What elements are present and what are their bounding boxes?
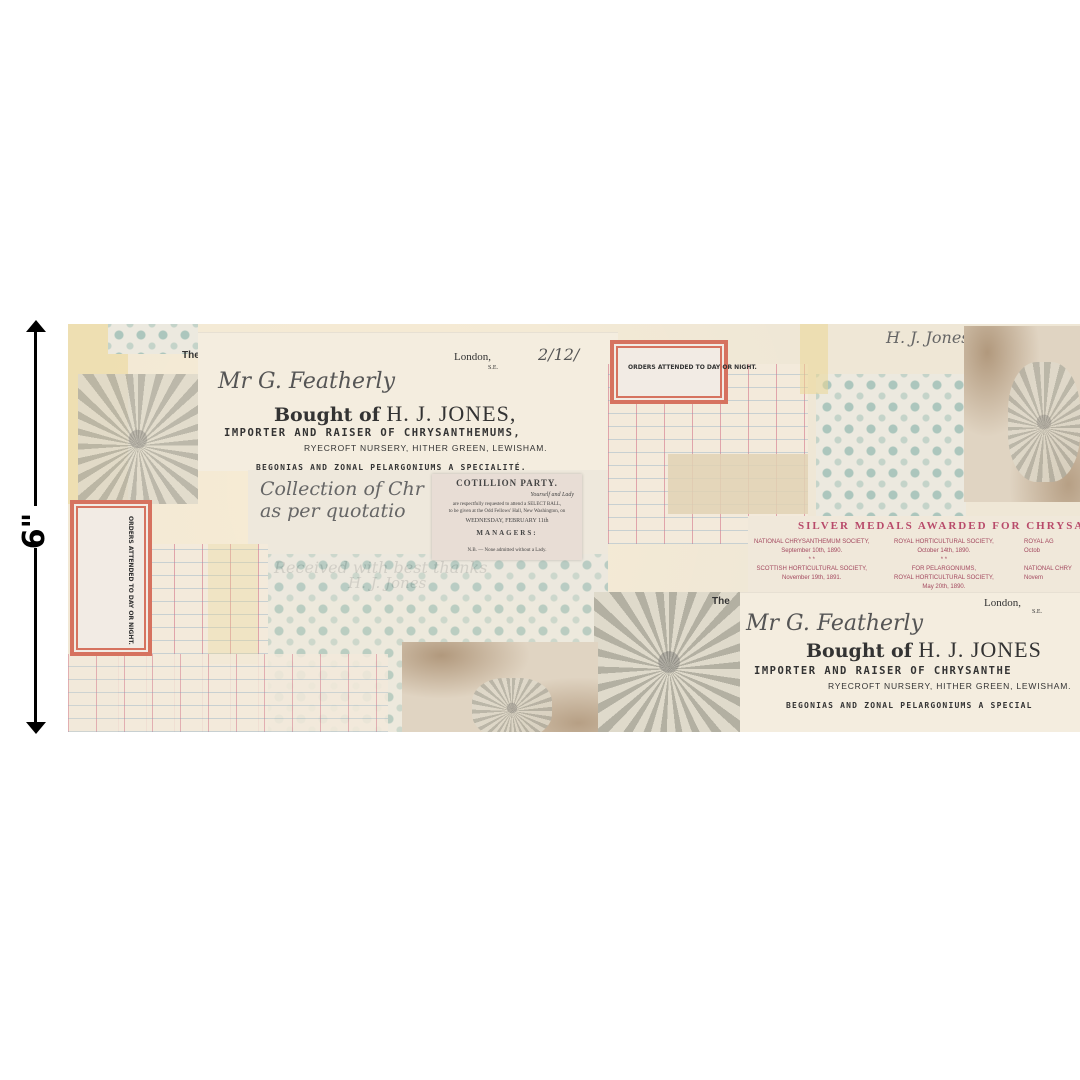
the-label: The	[712, 596, 730, 607]
tile-pattern	[816, 374, 966, 524]
bought-of-text: Bought of	[274, 404, 380, 426]
invoice-top: London, S.E. 2/12/ Mr G. Featherly Bough…	[198, 332, 618, 471]
invoice-customer: Mr G. Featherly	[746, 611, 923, 636]
tape-strip	[800, 324, 828, 394]
rose-engraving	[964, 326, 1080, 502]
cotillion-line: are respectfully requested to attend a S…	[432, 502, 582, 507]
cotillion-title: COTILLION PARTY.	[432, 478, 582, 488]
cotillion-note: N.B. — None admitted without a Lady.	[432, 548, 582, 553]
label-text: ORDERS ATTENDED TO DAY OR NIGHT.	[628, 364, 757, 371]
invoice-bottom: London, S.E. Mr G. Featherly Bought of H…	[740, 592, 1080, 732]
invoice-address: RYECROFT NURSERY, HITHER GREEN, LEWISHAM…	[304, 443, 547, 453]
medals-title: SILVER MEDALS AWARDED FOR CHRYSANTHEMU	[798, 520, 1080, 532]
medals-column-2: ROYAL HORTICULTURAL SOCIETY,October 14th…	[894, 538, 994, 592]
invoice-specialty: BEGONIAS AND ZONAL PELARGONIUMS A SPECIA…	[786, 701, 1033, 710]
cotillion-card: COTILLION PARTY. Yourself and Lady are r…	[432, 474, 582, 560]
handwritten-note: as per quotatio	[260, 500, 406, 522]
handwritten-note: Collection of Chr	[260, 478, 424, 500]
invoice-postal: S.E.	[488, 365, 498, 371]
cotillion-date: WEDNESDAY, FEBRUARY 11th	[432, 518, 582, 524]
signature: H. J. Jones	[886, 328, 970, 347]
invoice-city: London,	[984, 597, 1021, 609]
invoice-date: 2/12/	[538, 345, 579, 364]
silver-medals-banner: SILVER MEDALS AWARDED FOR CHRYSANTHEMU N…	[748, 516, 1080, 594]
daisy-illustration	[78, 374, 198, 504]
cotillion-line: to be given at the Odd Fellows' Hall, Ne…	[432, 509, 582, 514]
orders-label-left: ORDERS ATTENDED TO DAY OR NIGHT.	[70, 500, 152, 656]
rose-illustration	[1008, 362, 1080, 482]
bought-of-text: Bought of	[806, 640, 912, 662]
medals-column-1: NATIONAL CHRYSANTHEMUM SOCIETY,September…	[754, 538, 869, 583]
merchant-name: H. J. JONES	[918, 637, 1041, 662]
cotillion-managers: MANAGERS:	[432, 529, 582, 537]
orders-label-top: ORDERS ATTENDED TO DAY OR NIGHT.	[610, 340, 728, 404]
invoice-postal: S.E.	[1032, 609, 1042, 615]
invoice-trade: IMPORTER AND RAISER OF CHRYSANTHEMUMS,	[224, 427, 521, 439]
arrow-down-icon	[26, 722, 46, 734]
tape-strip	[668, 454, 808, 514]
label-text: ORDERS ATTENDED TO DAY OR NIGHT.	[127, 516, 134, 645]
invoice-trade: IMPORTER AND RAISER OF CHRYSANTHE	[754, 665, 1012, 677]
invoice-city: London,	[454, 351, 491, 363]
fabric-swatch: The London, S.E. 2/12/ Mr G. Featherly B…	[68, 324, 1080, 732]
rose-illustration	[472, 678, 552, 732]
dimension-indicator: 6"	[22, 320, 48, 734]
dimension-line	[34, 326, 37, 506]
rose-engraving	[402, 642, 598, 732]
merchant-name: H. J. JONES,	[386, 401, 516, 426]
dimension-line	[34, 548, 37, 728]
daisy-illustration	[594, 592, 744, 732]
invoice-customer: Mr G. Featherly	[218, 369, 395, 394]
tape-strip	[208, 544, 258, 664]
cotillion-line: Yourself and Lady	[432, 492, 582, 498]
ledger-page	[68, 654, 388, 732]
medals-column-3: ROYAL AGOctob NATIONAL CHRYNovem	[1024, 538, 1072, 583]
invoice-address: RYECROFT NURSERY, HITHER GREEN, LEWISHAM…	[828, 681, 1071, 691]
